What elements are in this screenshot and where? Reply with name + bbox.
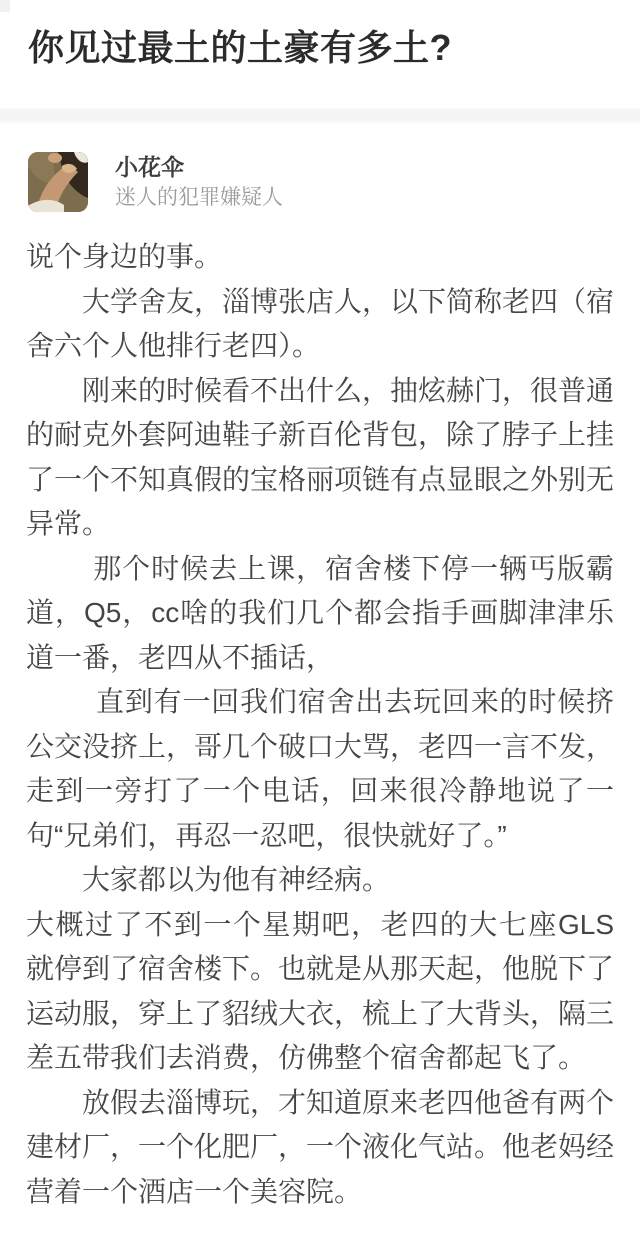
avatar-photo-graphic (28, 152, 88, 212)
answer-paragraph: 那个时候去上课，宿舍楼下停一辆丐版霸道，Q5，cc啥的我们几个都会指手画脚津津乐… (26, 547, 614, 681)
section-divider (0, 108, 640, 123)
question-title: 你见过最土的土豪有多土? (28, 26, 612, 70)
answer-paragraph: 大学舍友，淄博张店人，以下简称老四（宿舍六个人他排行老四）。 (26, 280, 614, 369)
author-meta: 小花伞 迷人的犯罪嫌疑人 (115, 152, 283, 211)
answer-paragraph: 大家都以为他有神经病。 (26, 858, 614, 903)
answer-paragraph: 直到有一回我们宿舍出去玩回来的时候挤公交没挤上，哥几个破口大骂，老四一言不发，走… (26, 680, 614, 858)
answer-paragraph: 大概过了不到一个星期吧，老四的大七座GLS就停到了宿舍楼下。也就是从那天起，他脱… (26, 903, 614, 1081)
answer-paragraph: 放假去淄博玩，才知道原来老四他爸有两个建材厂，一个化肥厂，一个液化气站。他老妈经… (26, 1081, 614, 1215)
corner-artifact (0, 0, 10, 12)
author-bio: 迷人的犯罪嫌疑人 (115, 185, 283, 211)
answer-paragraph: 说个身边的事。 (26, 235, 614, 280)
author-name[interactable]: 小花伞 (115, 153, 283, 181)
avatar[interactable] (28, 152, 88, 212)
author-row: 小花伞 迷人的犯罪嫌疑人 (28, 152, 612, 212)
answer-body: 说个身边的事。 大学舍友，淄博张店人，以下简称老四（宿舍六个人他排行老四）。 刚… (26, 235, 614, 1214)
answer-paragraph: 刚来的时候看不出什么，抽炫赫门，很普通的耐克外套阿迪鞋子新百伦背包，除了脖子上挂… (26, 369, 614, 547)
question-header: 你见过最土的土豪有多土? (0, 0, 640, 70)
